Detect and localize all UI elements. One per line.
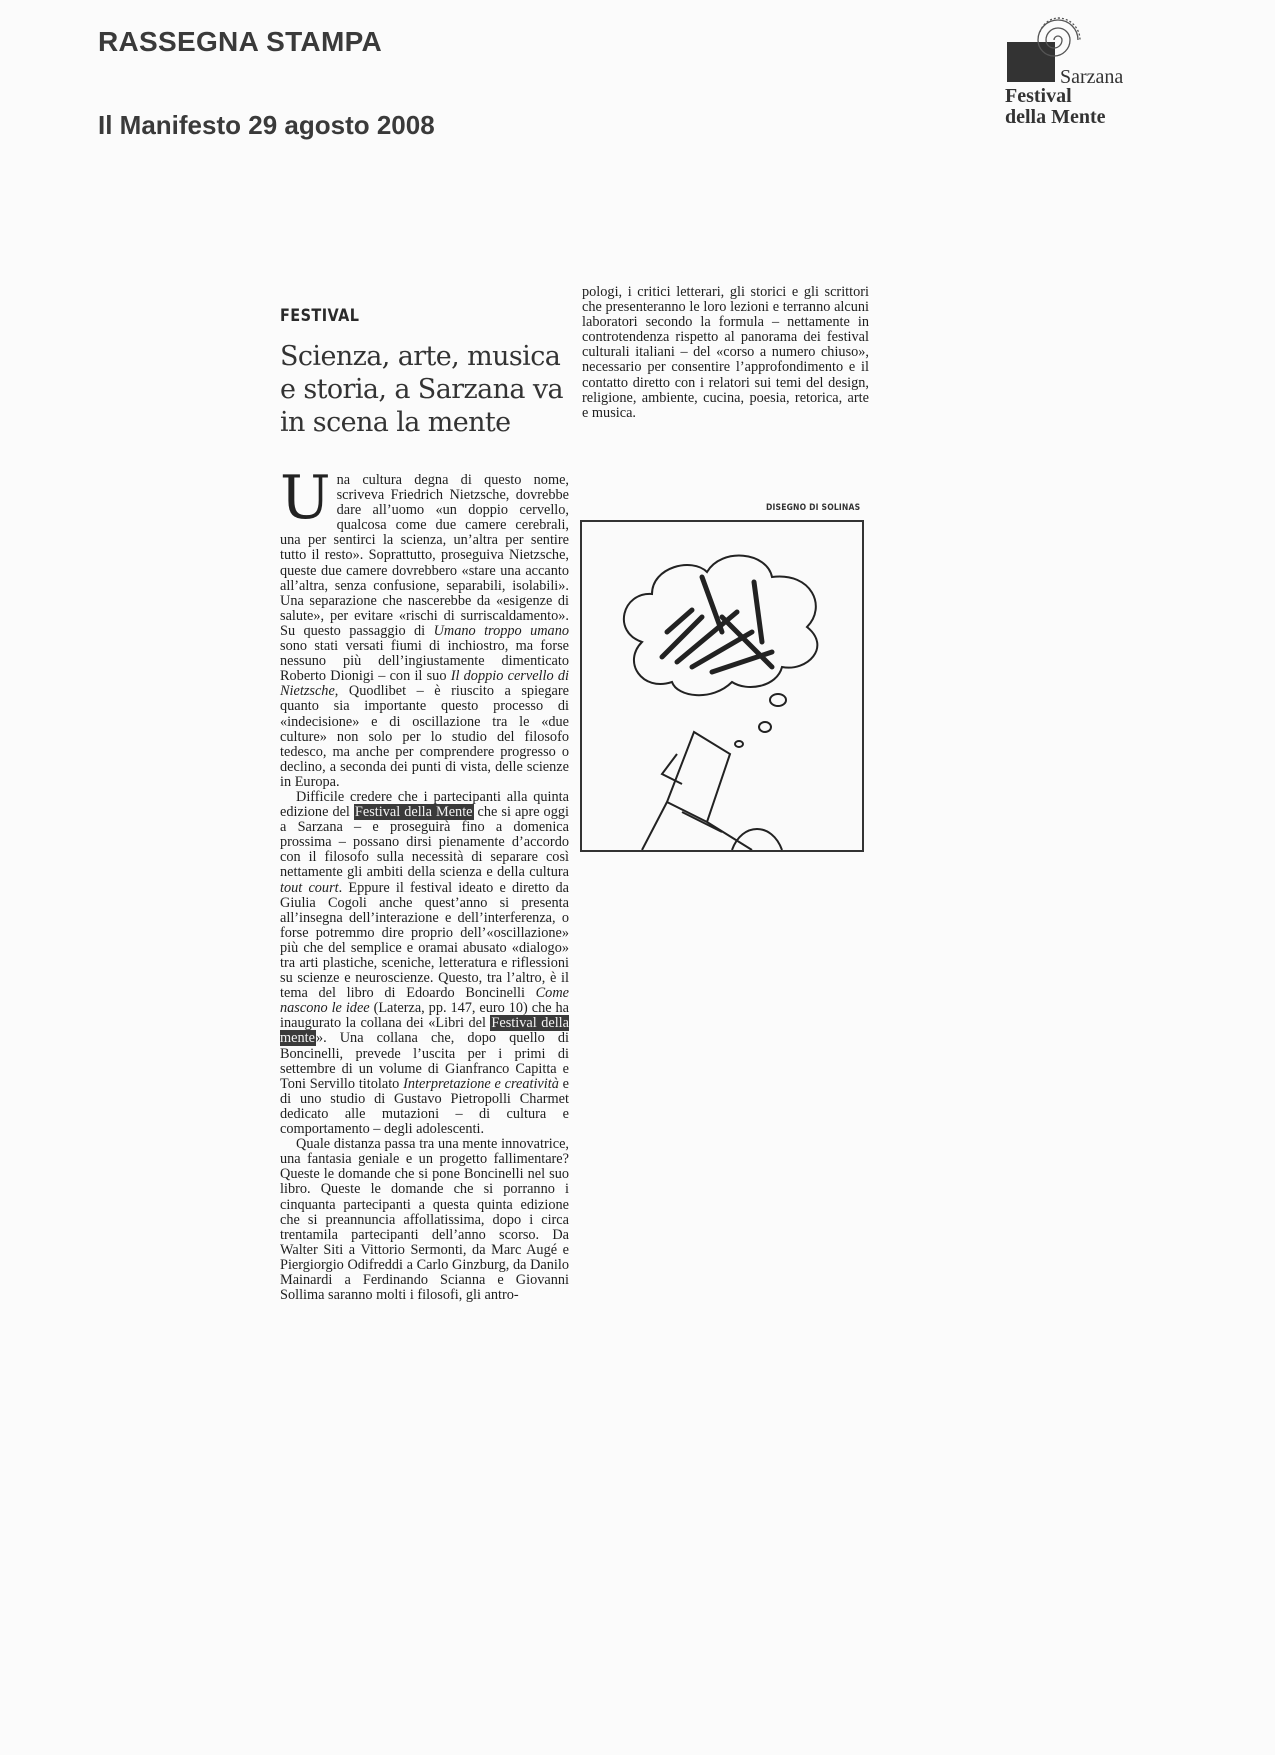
thinking-man-icon: [582, 522, 862, 850]
paragraph-1: Una cultura degna di questo nome, scrive…: [280, 473, 569, 790]
paragraph-continued: pologi, i critici letterari, gli storici…: [582, 285, 869, 421]
logo-festival: Festival: [1005, 86, 1072, 106]
italic-title: tout court: [280, 880, 339, 896]
highlighted-festival-name: Festival della Mente: [354, 804, 474, 820]
italic-title: Umano troppo umano: [434, 623, 569, 639]
text-run: pologi, i critici letterari, gli storici…: [582, 284, 869, 421]
italic-title: Interpretazione e creatività: [403, 1076, 559, 1092]
article-column-2: pologi, i critici letterari, gli storici…: [582, 285, 869, 421]
press-review-title: RASSEGNA STAMPA: [98, 26, 382, 58]
festival-logo: Sarzana Festival della Mente: [1000, 10, 1160, 140]
drop-cap: U: [280, 475, 331, 521]
logo-della-mente: della Mente: [1005, 107, 1106, 127]
article-headline: Scienza, arte, musica e storia, a Sarzan…: [280, 340, 570, 439]
article-column-1: Una cultura degna di questo nome, scrive…: [280, 473, 569, 1303]
text-run: Quale distanza passa tra una mente innov…: [280, 1136, 569, 1303]
cartoon-illustration: [580, 520, 864, 852]
section-kicker: FESTIVAL: [280, 306, 359, 326]
illustration-credit: DISEGNO DI SOLINAS: [766, 503, 860, 513]
paragraph-2: Difficile credere che i partecipanti all…: [280, 790, 569, 1137]
paragraph-3: Quale distanza passa tra una mente innov…: [280, 1137, 569, 1303]
text-run: , Quodlibet – è riuscito a spiegare quan…: [280, 683, 569, 790]
logo-spiral-icon: [1030, 12, 1086, 68]
source-and-date: Il Manifesto 29 agosto 2008: [98, 110, 435, 141]
text-run: . Eppure il festival ideato e diretto da…: [280, 880, 569, 1002]
